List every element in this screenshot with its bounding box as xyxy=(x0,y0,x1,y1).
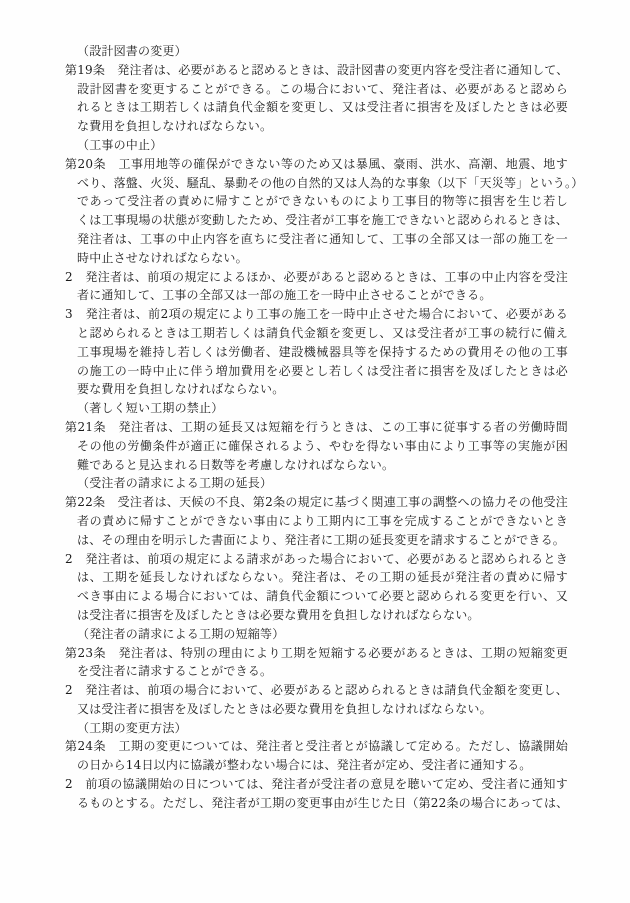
body-text-line: と認められるときは工期若しくは請負代金額を変更し、又は受注者が工事の続行に備え xyxy=(65,324,568,343)
body-text-line: るものとする。ただし、発注者が工期の変更事由が生じた日（第22条の場合にあっては… xyxy=(65,794,568,813)
body-text-line: 者に通知して、工事の全部又は一部の施工を一時中止させることができる。 xyxy=(65,286,568,305)
body-text-line: その他の労働条件が適正に確保されるよう、やむを得ない事由により工事等の実施が困 xyxy=(65,437,568,456)
body-text-line: 第22条 受注者は、天候の不良、第2条の規定に基づく関連工事の調整への協力その他… xyxy=(65,493,568,512)
body-text-line: れるときは工期若しくは請負代金額を変更し、又は受注者に損害を及ぼしたときは必要 xyxy=(65,98,568,117)
body-text-line: 設計図書を変更することができる。この場合において、発注者は、必要があると認めら xyxy=(65,80,568,99)
clause-heading-line: （工期の変更方法） xyxy=(65,719,568,738)
body-text-line: 発注者は、工事の中止内容を直ちに受注者に通知して、工事の全部又は一部の施工を一 xyxy=(65,230,568,249)
body-text-line: 2 発注者は、前項の規定による請求があった場合において、必要があると認められると… xyxy=(65,550,568,569)
document-page: （設計図書の変更）第19条 発注者は、必要があると認めるときは、設計図書の変更内… xyxy=(0,0,630,903)
body-text-line: は、その理由を明示した書面により、発注者に工期の延長変更を請求することができる。 xyxy=(65,531,568,550)
body-text-line: 者の責めに帰すことができない事由により工期内に工事を完成することができないとき xyxy=(65,512,568,531)
body-text-line: 第20条 工事用地等の確保ができない等のため又は暴風、豪雨、洪水、高潮、地震、地… xyxy=(65,155,568,174)
body-text-line: の日から14日以内に協議が整わない場合には、発注者が定め、受注者に通知する。 xyxy=(65,756,568,775)
body-text-line: であって受注者の責めに帰すことができないものにより工事目的物等に損害を生じ若し xyxy=(65,192,568,211)
clause-heading-line: （設計図書の変更） xyxy=(65,42,568,61)
body-text-line: 時中止させなければならない。 xyxy=(65,249,568,268)
body-text-line: な費用を負担しなければならない。 xyxy=(65,117,568,136)
body-text-line: 要な費用を負担しなければならない。 xyxy=(65,380,568,399)
body-text-line: の施工の一時中止に伴う増加費用を必要とし若しくは受注者に損害を及ぼしたときは必 xyxy=(65,362,568,381)
clause-heading-line: （発注者の請求による工期の短縮等） xyxy=(65,625,568,644)
body-text-line: 2 発注者は、前項の規定によるほか、必要があると認めるときは、工事の中止内容を受… xyxy=(65,268,568,287)
body-text-line: は受注者に損害を及ぼしたときは必要な費用を負担しなければならない。 xyxy=(65,606,568,625)
clause-heading-line: （工事の中止） xyxy=(65,136,568,155)
body-text-line: 2 発注者は、前項の場合において、必要があると認められるときは請負代金額を変更し… xyxy=(65,681,568,700)
body-text-line: 第19条 発注者は、必要があると認めるときは、設計図書の変更内容を受注者に通知し… xyxy=(65,61,568,80)
clause-heading-line: （受注者の請求による工期の延長） xyxy=(65,474,568,493)
body-text-line: 工事現場を維持し若しくは労働者、建設機械器具等を保持するための費用その他の工事 xyxy=(65,343,568,362)
body-text-line: 第21条 発注者は、工期の延長又は短縮を行うときは、この工事に従事する者の労働時… xyxy=(65,418,568,437)
clause-heading-line: （著しく短い工期の禁止） xyxy=(65,399,568,418)
body-text-line: 又は受注者に損害を及ぼしたときは必要な費用を負担しなければならない。 xyxy=(65,700,568,719)
body-text-line: べき事由による場合においては、請負代金額について必要と認められる変更を行い、又 xyxy=(65,587,568,606)
document-body: （設計図書の変更）第19条 発注者は、必要があると認めるときは、設計図書の変更内… xyxy=(65,42,568,813)
body-text-line: を受注者に請求することができる。 xyxy=(65,662,568,681)
body-text-line: 2 前項の協議開始の日については、発注者が受注者の意見を聴いて定め、受注者に通知… xyxy=(65,775,568,794)
body-text-line: 第23条 発注者は、特別の理由により工期を短縮する必要があるときは、工期の短縮変… xyxy=(65,644,568,663)
body-text-line: くは工事現場の状態が変動したため、受注者が工事を施工できないと認められるときは、 xyxy=(65,211,568,230)
body-text-line: 第24条 工期の変更については、発注者と受注者とが協議して定める。ただし、協議開… xyxy=(65,737,568,756)
body-text-line: べり、落盤、火災、騒乱、暴動その他の自然的又は人為的な事象（以下「天災等」という… xyxy=(65,174,568,193)
body-text-line: 3 発注者は、前2項の規定により工事の施工を一時中止させた場合において、必要があ… xyxy=(65,305,568,324)
body-text-line: 難であると見込まれる日数等を考慮しなければならない。 xyxy=(65,456,568,475)
body-text-line: は、工期を延長しなければならない。発注者は、その工期の延長が発注者の責めに帰す xyxy=(65,568,568,587)
